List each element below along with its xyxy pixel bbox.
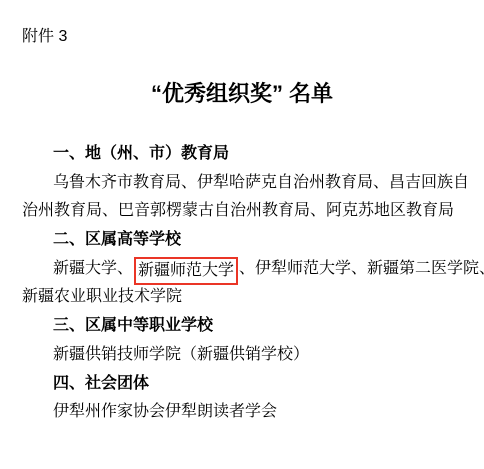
section-2-line-1-post: 、伊犁师范大学、新疆第二医学院、 — [239, 260, 484, 277]
section-1-heading: 一、地（州、市）教育局 — [22, 140, 472, 169]
section-2-line-1: 新疆大学、新疆师范大学、伊犁师范大学、新疆第二医学院、 — [22, 255, 472, 284]
section-4-heading: 四、社会团体 — [22, 370, 472, 399]
attachment-label: 附件 3 — [22, 28, 67, 46]
section-3-heading: 三、区属中等职业学校 — [22, 312, 472, 341]
document: 附件 3 “优秀组织奖” 名单 一、地（州、市）教育局 乌鲁木齐市教育局、伊犁哈… — [0, 0, 484, 469]
document-body: 一、地（州、市）教育局 乌鲁木齐市教育局、伊犁哈萨克自治州教育局、昌吉回族自 治… — [22, 140, 472, 427]
section-2-heading: 二、区属高等学校 — [22, 226, 472, 255]
section-1-line-1: 乌鲁木齐市教育局、伊犁哈萨克自治州教育局、昌吉回族自 — [22, 169, 472, 198]
section-2-line-1-pre: 新疆大学、 — [53, 260, 133, 277]
section-2-line-2: 新疆农业职业技术学院 — [22, 283, 472, 312]
section-1-line-2: 治州教育局、巴音郭楞蒙古自治州教育局、阿克苏地区教育局 — [22, 197, 472, 226]
section-4-line-1: 伊犁州作家协会伊犁朗读者学会 — [22, 398, 472, 427]
highlight-box: 新疆师范大学 — [134, 257, 238, 285]
page-title: “优秀组织奖” 名单 — [0, 82, 484, 106]
section-3-line-1: 新疆供销技师学院（新疆供销学校） — [22, 341, 472, 370]
